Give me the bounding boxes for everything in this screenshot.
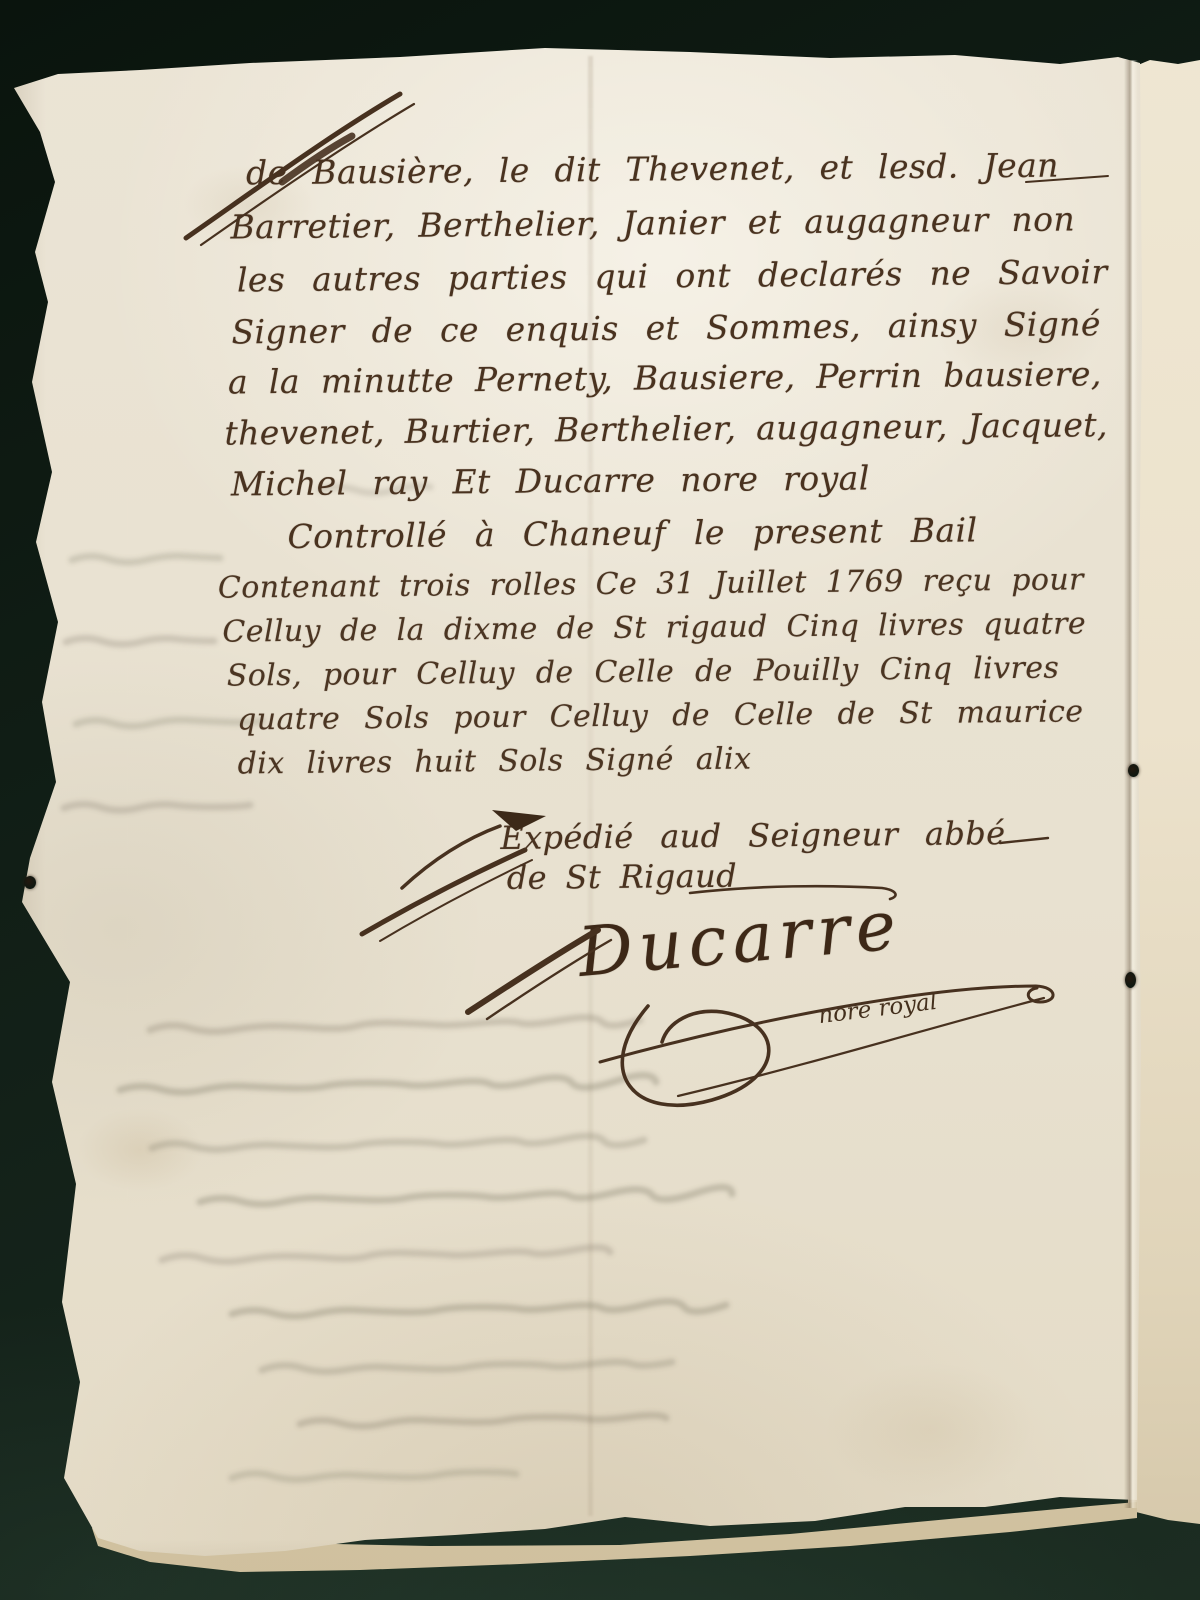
manuscript-line-3: les autres parties qui ont declarés ne S… (237, 254, 1108, 299)
manuscript-line-4: Signer de ce enquis et Sommes, ainsy Sig… (231, 306, 1101, 351)
stitch-hole-top (1128, 764, 1139, 777)
manuscript-line-7: Michel ray Et Ducarre nore royal (231, 460, 870, 502)
binding-fold-crease (1124, 60, 1138, 1508)
expedition-line-2: de St Rigaud (507, 859, 738, 896)
manuscript-line-5: a la minutte Pernety, Bausiere, Perrin b… (228, 356, 1102, 401)
wormhole (24, 876, 36, 889)
manuscript-line-12: quatre Sols pour Celluy de Celle de St m… (237, 695, 1084, 736)
manuscript-line-10: Celluy de la dixme de St rigaud Cinq liv… (222, 607, 1086, 648)
manuscript-line-9: Contenant trois rolles Ce 31 Juillet 176… (218, 563, 1084, 604)
manuscript-line-8: Controllé à Chaneuf le present Bail (287, 512, 977, 555)
manuscript-line-13: dix livres huit Sols Signé alix (237, 743, 751, 781)
manuscript-line-6: thevenet, Burtier, Berthelier, augagneur… (224, 407, 1108, 452)
manuscript-line-1: de Bausière, le dit Thevenet, et lesd. J… (246, 148, 1059, 192)
expedition-line-1: Expédié aud Seigneur abbé (500, 816, 1006, 856)
manuscript-line-11: Sols, pour Celluy de Celle de Pouilly Ci… (227, 652, 1060, 693)
manuscript-line-2: Barretier, Berthelier, Janier et augagne… (230, 201, 1075, 245)
photograph-of-manuscript: de Bausière, le dit Thevenet, et lesd. J… (0, 0, 1200, 1600)
manuscript-text: de Bausière, le dit Thevenet, et lesd. J… (0, 0, 1200, 1600)
stitch-hole-bottom (1125, 972, 1136, 988)
